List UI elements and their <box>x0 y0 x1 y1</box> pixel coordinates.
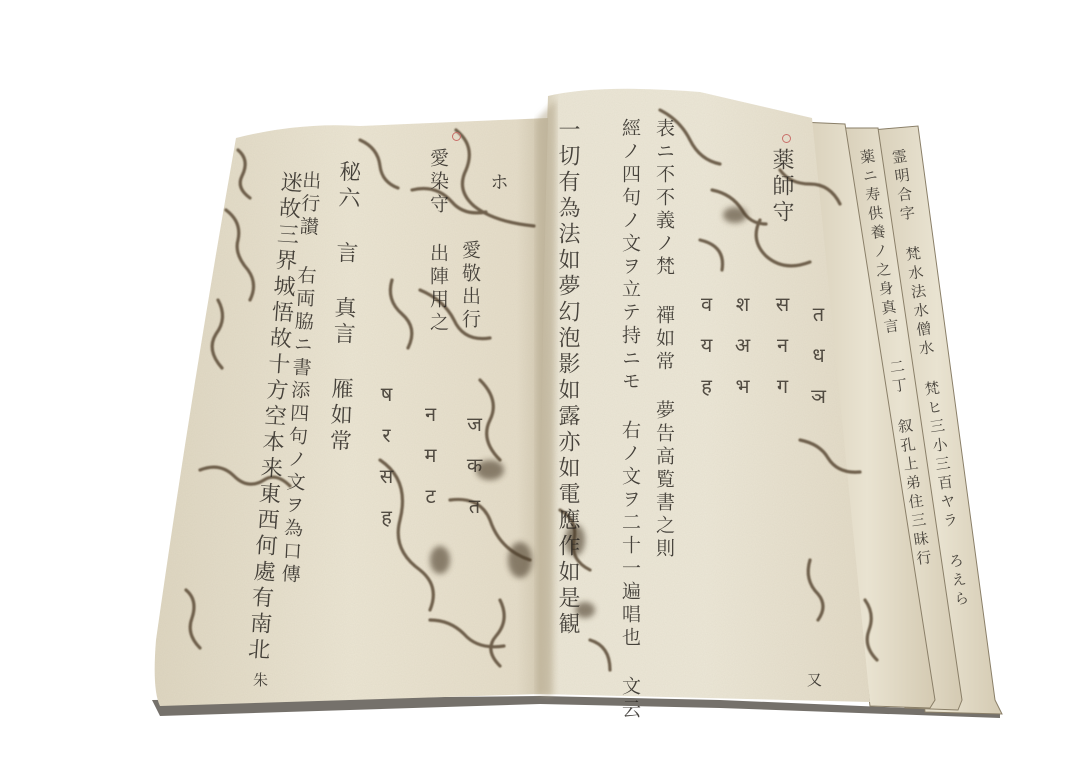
red-circle-mark <box>782 134 791 143</box>
text-column-left-5: 愛敬出行 <box>460 240 479 332</box>
text-column-right-1: 一切有為法如夢幻泡影如露亦如電應作如是観 <box>556 118 578 638</box>
red-circle-mark <box>452 132 461 141</box>
manuscript-photo <box>0 0 1080 771</box>
siddham-glyph: त <box>806 300 830 341</box>
siddham-glyphs-right-c: सनग <box>772 290 792 413</box>
siddham-glyph: त <box>462 492 486 533</box>
siddham-glyphs-left-c: जकत <box>464 410 484 533</box>
siddham-glyph: स <box>374 462 398 503</box>
siddham-glyph: ह <box>374 503 398 544</box>
text-column-left-6: ホ <box>488 172 507 195</box>
siddham-glyph: ष <box>374 380 398 421</box>
siddham-glyph: व <box>694 290 718 331</box>
text-column-right-4: 薬師守 <box>770 148 792 226</box>
siddham-glyph: ग <box>770 372 794 413</box>
left-page-footer-mark: 朱 <box>252 672 267 691</box>
siddham-glyph: क <box>462 451 486 492</box>
siddham-glyph: स <box>770 290 794 331</box>
siddham-glyph: न <box>418 400 442 441</box>
text-column-right-3: 表ニ不不義ノ梵 禪如常 夢告高覧書之則 <box>654 118 673 561</box>
siddham-glyph: म <box>418 441 442 482</box>
siddham-glyph: ह <box>694 372 718 413</box>
siddham-glyph: अ <box>730 331 754 372</box>
siddham-glyph: ट <box>418 482 442 523</box>
siddham-glyphs-right-d: तधञ <box>808 300 828 423</box>
siddham-glyph: ध <box>806 341 830 382</box>
siddham-glyph: य <box>694 331 718 372</box>
siddham-glyphs-left-b: नमट <box>420 400 440 523</box>
siddham-glyphs-left-a: षरसह <box>376 380 396 544</box>
siddham-glyph: श <box>730 290 754 331</box>
text-column-right-2: 經ノ四句ノ文ヲ立テ持ニモ 右ノ文ヲ二十一遍唱也 文云 <box>620 118 639 722</box>
siddham-glyph: न <box>770 331 794 372</box>
siddham-glyph: भ <box>730 372 754 413</box>
text-column-left-4: 愛染守 出陣用之 <box>428 148 447 335</box>
siddham-glyphs-right-a: वयह <box>696 290 716 413</box>
right-page-footer-mark: 又 <box>806 672 821 691</box>
siddham-glyph: ञ <box>806 382 830 423</box>
siddham-glyph: ज <box>462 410 486 451</box>
siddham-glyphs-right-b: शअभ <box>732 290 752 413</box>
siddham-glyph: र <box>374 421 398 462</box>
